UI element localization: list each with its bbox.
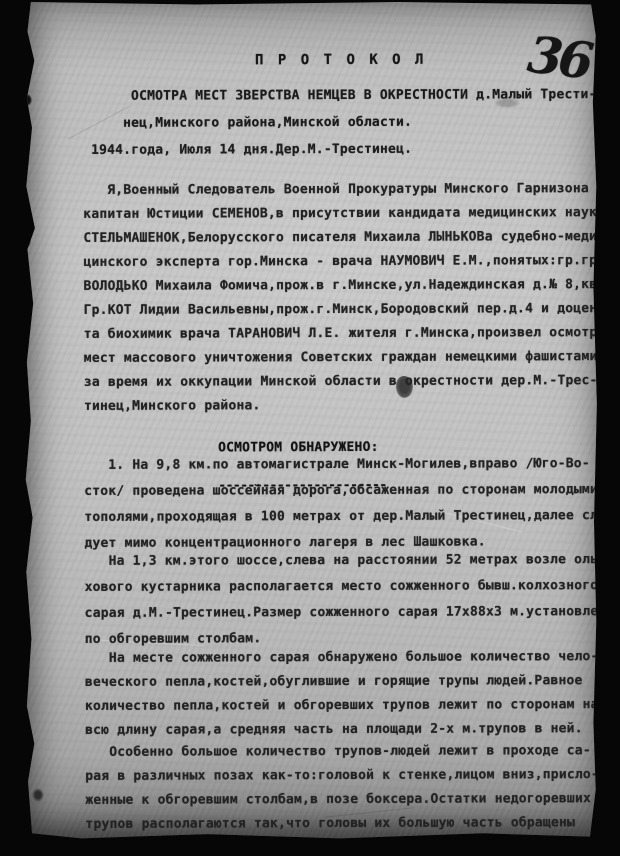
torn-edge-nick bbox=[22, 234, 31, 248]
text-line: Я,Военный Следователь Военной Прокуратур… bbox=[83, 177, 613, 203]
body-paragraph-1: 1. На 9,8 км.по автомагистрале Минск-Мог… bbox=[84, 451, 614, 557]
torn-edge-nick bbox=[21, 500, 31, 516]
text-line: капитан Юстиции СЕМЕНОВ,в присутствии ка… bbox=[83, 201, 613, 227]
text-line: мест массового уничтожения Советских гра… bbox=[84, 345, 614, 371]
torn-edge-nick bbox=[22, 94, 32, 106]
protocol-title: П Р О Т О К О Л bbox=[83, 51, 599, 69]
text-line: цинского эксперта гор.Минска - врача НАУ… bbox=[83, 249, 613, 275]
text-line: сарая д.М.-Трестинец.Размер сожженного с… bbox=[85, 599, 607, 627]
intro-paragraph: Я,Военный Следователь Военной Прокуратур… bbox=[83, 177, 614, 419]
text-line: хового кустарника располагается место со… bbox=[85, 573, 607, 601]
dateline: 1944.года, Июля 14 дня.Дер.М.-Трестинец. bbox=[91, 142, 412, 158]
text-line: количество пепла,костей и обгоревших тру… bbox=[85, 693, 599, 719]
text-line: СТЕЛЬМАШЕНОК,Белорусского писателя Михаи… bbox=[83, 225, 613, 251]
text-line: трупов располагаются так,что головы их б… bbox=[85, 811, 599, 837]
protocol-subtitle: ОСМОТРА МЕСТ ЗВЕРСТВА НЕМЦЕВ В ОКРЕСТНОС… bbox=[83, 81, 597, 137]
text-line: Гр.КОТ Лидии Васильевны,прож.г.Минск,Бор… bbox=[84, 297, 614, 323]
body-paragraph-4: Особенно большое количество трупов-людей… bbox=[85, 739, 599, 837]
text-line: тополями,проходящая в 100 метрах от дер.… bbox=[84, 503, 614, 531]
text-line: ВОЛОДЬКО Михаила Фомича,прож.в г.Минске,… bbox=[83, 273, 613, 299]
text-line: ОСМОТРА МЕСТ ЗВЕРСТВА НЕМЦЕВ В ОКРЕСТНОС… bbox=[83, 81, 597, 110]
text-line: веческого пепла,костей,обуглившие и горя… bbox=[85, 669, 599, 695]
text-line: сток/ проведена шоссейная дорога,обсажен… bbox=[84, 477, 614, 505]
document-page: 36 П Р О Т О К О Л ОСМОТРА МЕСТ ЗВЕРСТВА… bbox=[24, 2, 598, 840]
text-line: женные к обгоревшим столбам,в позе боксе… bbox=[85, 787, 599, 813]
text-line: На месте сожженного сарая обнаружено бол… bbox=[85, 645, 599, 671]
body-paragraph-2: На 1,3 км.этого шоссе,слева на расстояни… bbox=[84, 547, 606, 653]
text-line: рая в различных позах как-то:головой к с… bbox=[85, 763, 599, 789]
text-line: Особенно большое количество трупов-людей… bbox=[85, 739, 599, 765]
scanned-document-photo: 36 П Р О Т О К О Л ОСМОТРА МЕСТ ЗВЕРСТВА… bbox=[0, 0, 620, 856]
body-paragraph-3: На месте сожженного сарая обнаружено бол… bbox=[85, 645, 599, 743]
text-line: нец,Минского района,Минской области. bbox=[83, 108, 597, 137]
ink-stain bbox=[32, 788, 44, 802]
text-line: за время их оккупации Минской области в … bbox=[84, 369, 614, 395]
typewritten-text: П Р О Т О К О Л ОСМОТРА МЕСТ ЗВЕРСТВА НЕ… bbox=[83, 1, 602, 841]
text-line: 1. На 9,8 км.по автомагистрале Минск-Мог… bbox=[84, 451, 614, 479]
text-line: На 1,3 км.этого шоссе,слева на расстояни… bbox=[84, 547, 606, 575]
text-line: та биохимик врача ТАРАНОВИЧ Л.Е. жителя … bbox=[84, 321, 614, 347]
